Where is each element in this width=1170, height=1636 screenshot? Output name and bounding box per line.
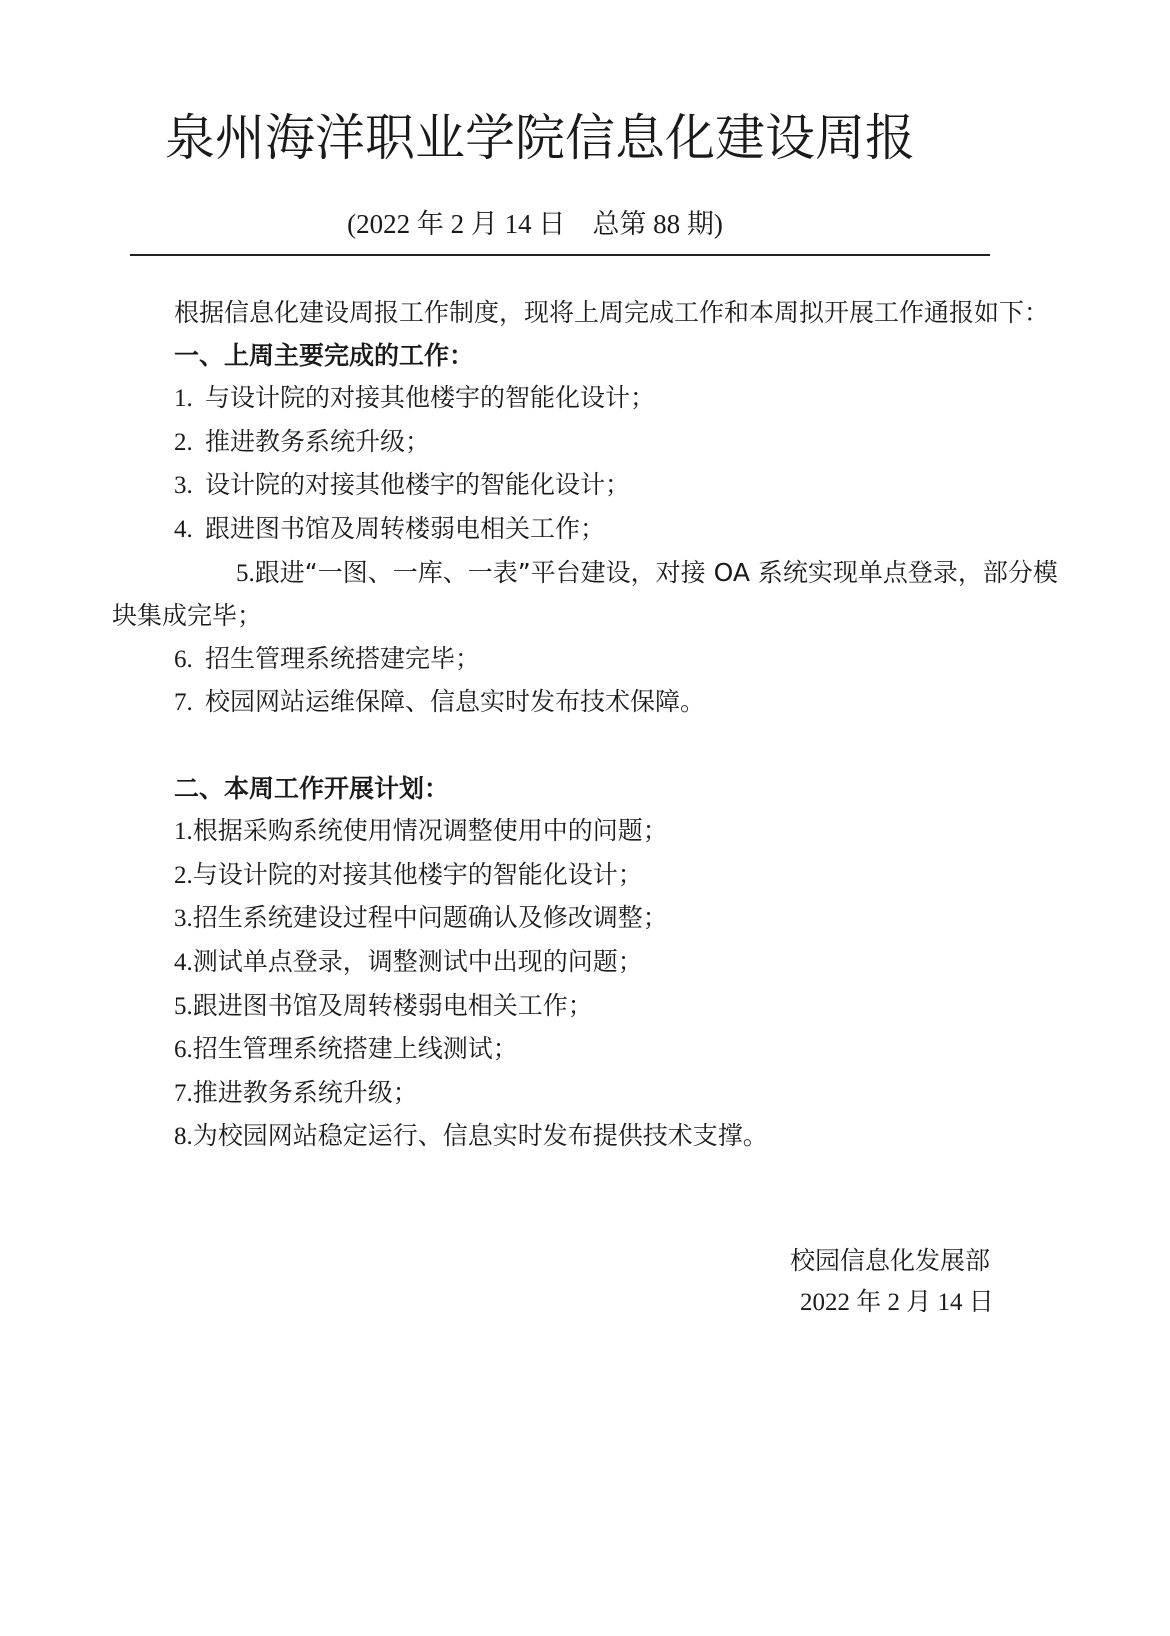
list-item: 7.推进教务系统升级； [112,1072,1062,1116]
item-text: 招生管理系统搭建完毕； [205,644,480,673]
item-number: 1. [174,378,205,421]
section2-list: 1.根据采购系统使用情况调整使用中的问题； 2.与设计院的对接其他楼宇的智能化设… [112,810,1062,1159]
section1-list: 1.与设计院的对接其他楼宇的智能化设计； 2.推进教务系统升级； 3.设计院的对… [112,377,1062,725]
document-body: 根据信息化建设周报工作制度，现将上周完成工作和本周拟开展工作通报如下： 一、上周… [112,292,1062,1159]
item-text: 跟进图书馆及周转楼弱电相关工作； [193,991,593,1020]
document-title: 泉州海洋职业学院信息化建设周报 [0,108,1070,168]
list-item: 4.测试单点登录，调整测试中出现的问题； [112,941,1062,985]
item-number: 6. [174,639,205,682]
item-text: 测试单点登录，调整测试中出现的问题； [193,947,643,976]
section1-heading: 一、上周主要完成的工作： [112,335,1062,378]
list-item: 5.跟进“一图、一库、一表”平台建设，对接 OA 系统实现单点登录，部分模块集成… [112,552,1062,638]
item-text: 招生系统建设过程中问题确认及修改调整； [193,903,668,932]
item-number: 2. [174,422,205,465]
title-divider [130,254,990,256]
signature-block: 校园信息化发展部 2022 年 2 月 14 日 [790,1240,994,1324]
signature-department: 校园信息化发展部 [790,1240,994,1282]
item-number: 4. [174,942,193,985]
list-item: 2.与设计院的对接其他楼宇的智能化设计； [112,854,1062,898]
item-number: 8. [174,1116,193,1159]
item-text: 推进教务系统升级； [193,1078,418,1107]
item-text: 为校园网站稳定运行、信息实时发布提供技术支撑。 [193,1121,768,1150]
item-text: 招生管理系统搭建上线测试； [193,1034,518,1063]
signature-date: 2022 年 2 月 14 日 [790,1282,994,1324]
item-number: 1. [174,811,193,854]
intro-paragraph: 根据信息化建设周报工作制度，现将上周完成工作和本周拟开展工作通报如下： [112,292,1062,335]
document-page: 泉州海洋职业学院信息化建设周报 (2022 年 2 月 14 日 总第 88 期… [0,0,1170,1636]
item-text: 设计院的对接其他楼宇的智能化设计； [205,470,630,499]
item-text: 与设计院的对接其他楼宇的智能化设计； [193,860,643,889]
item-number: 7. [174,1073,193,1116]
section2-heading: 二、本周工作开展计划： [112,768,1062,811]
item-number: 4. [174,509,205,552]
issue-subtitle: (2022 年 2 月 14 日 总第 88 期) [0,206,1070,242]
item-number: 2. [174,855,193,898]
list-item: 4.跟进图书馆及周转楼弱电相关工作； [112,508,1062,552]
item-text: 与设计院的对接其他楼宇的智能化设计； [205,383,655,412]
list-item: 1.与设计院的对接其他楼宇的智能化设计； [112,377,1062,421]
item-number: 3. [174,465,205,508]
item-number: 6. [174,1029,193,1072]
list-item: 5.跟进图书馆及周转楼弱电相关工作； [112,985,1062,1029]
list-item: 2.推进教务系统升级； [112,421,1062,465]
item-number: 3. [174,898,193,941]
list-item: 8.为校园网站稳定运行、信息实时发布提供技术支撑。 [112,1115,1062,1159]
item-text: 根据采购系统使用情况调整使用中的问题； [193,816,668,845]
list-item: 3.设计院的对接其他楼宇的智能化设计； [112,464,1062,508]
item-number: 5. [174,553,255,596]
list-item: 6.招生管理系统搭建完毕； [112,638,1062,682]
item-number: 7. [174,682,205,725]
item-number: 5. [174,986,193,1029]
item-text: 跟进图书馆及周转楼弱电相关工作； [205,514,605,543]
list-item: 1.根据采购系统使用情况调整使用中的问题； [112,810,1062,854]
section-spacer [112,725,1062,768]
item-text: 校园网站运维保障、信息实时发布技术保障。 [205,687,705,716]
list-item: 7.校园网站运维保障、信息实时发布技术保障。 [112,681,1062,725]
list-item: 3.招生系统建设过程中问题确认及修改调整； [112,897,1062,941]
item-text: 推进教务系统升级； [205,427,430,456]
list-item: 6.招生管理系统搭建上线测试； [112,1028,1062,1072]
